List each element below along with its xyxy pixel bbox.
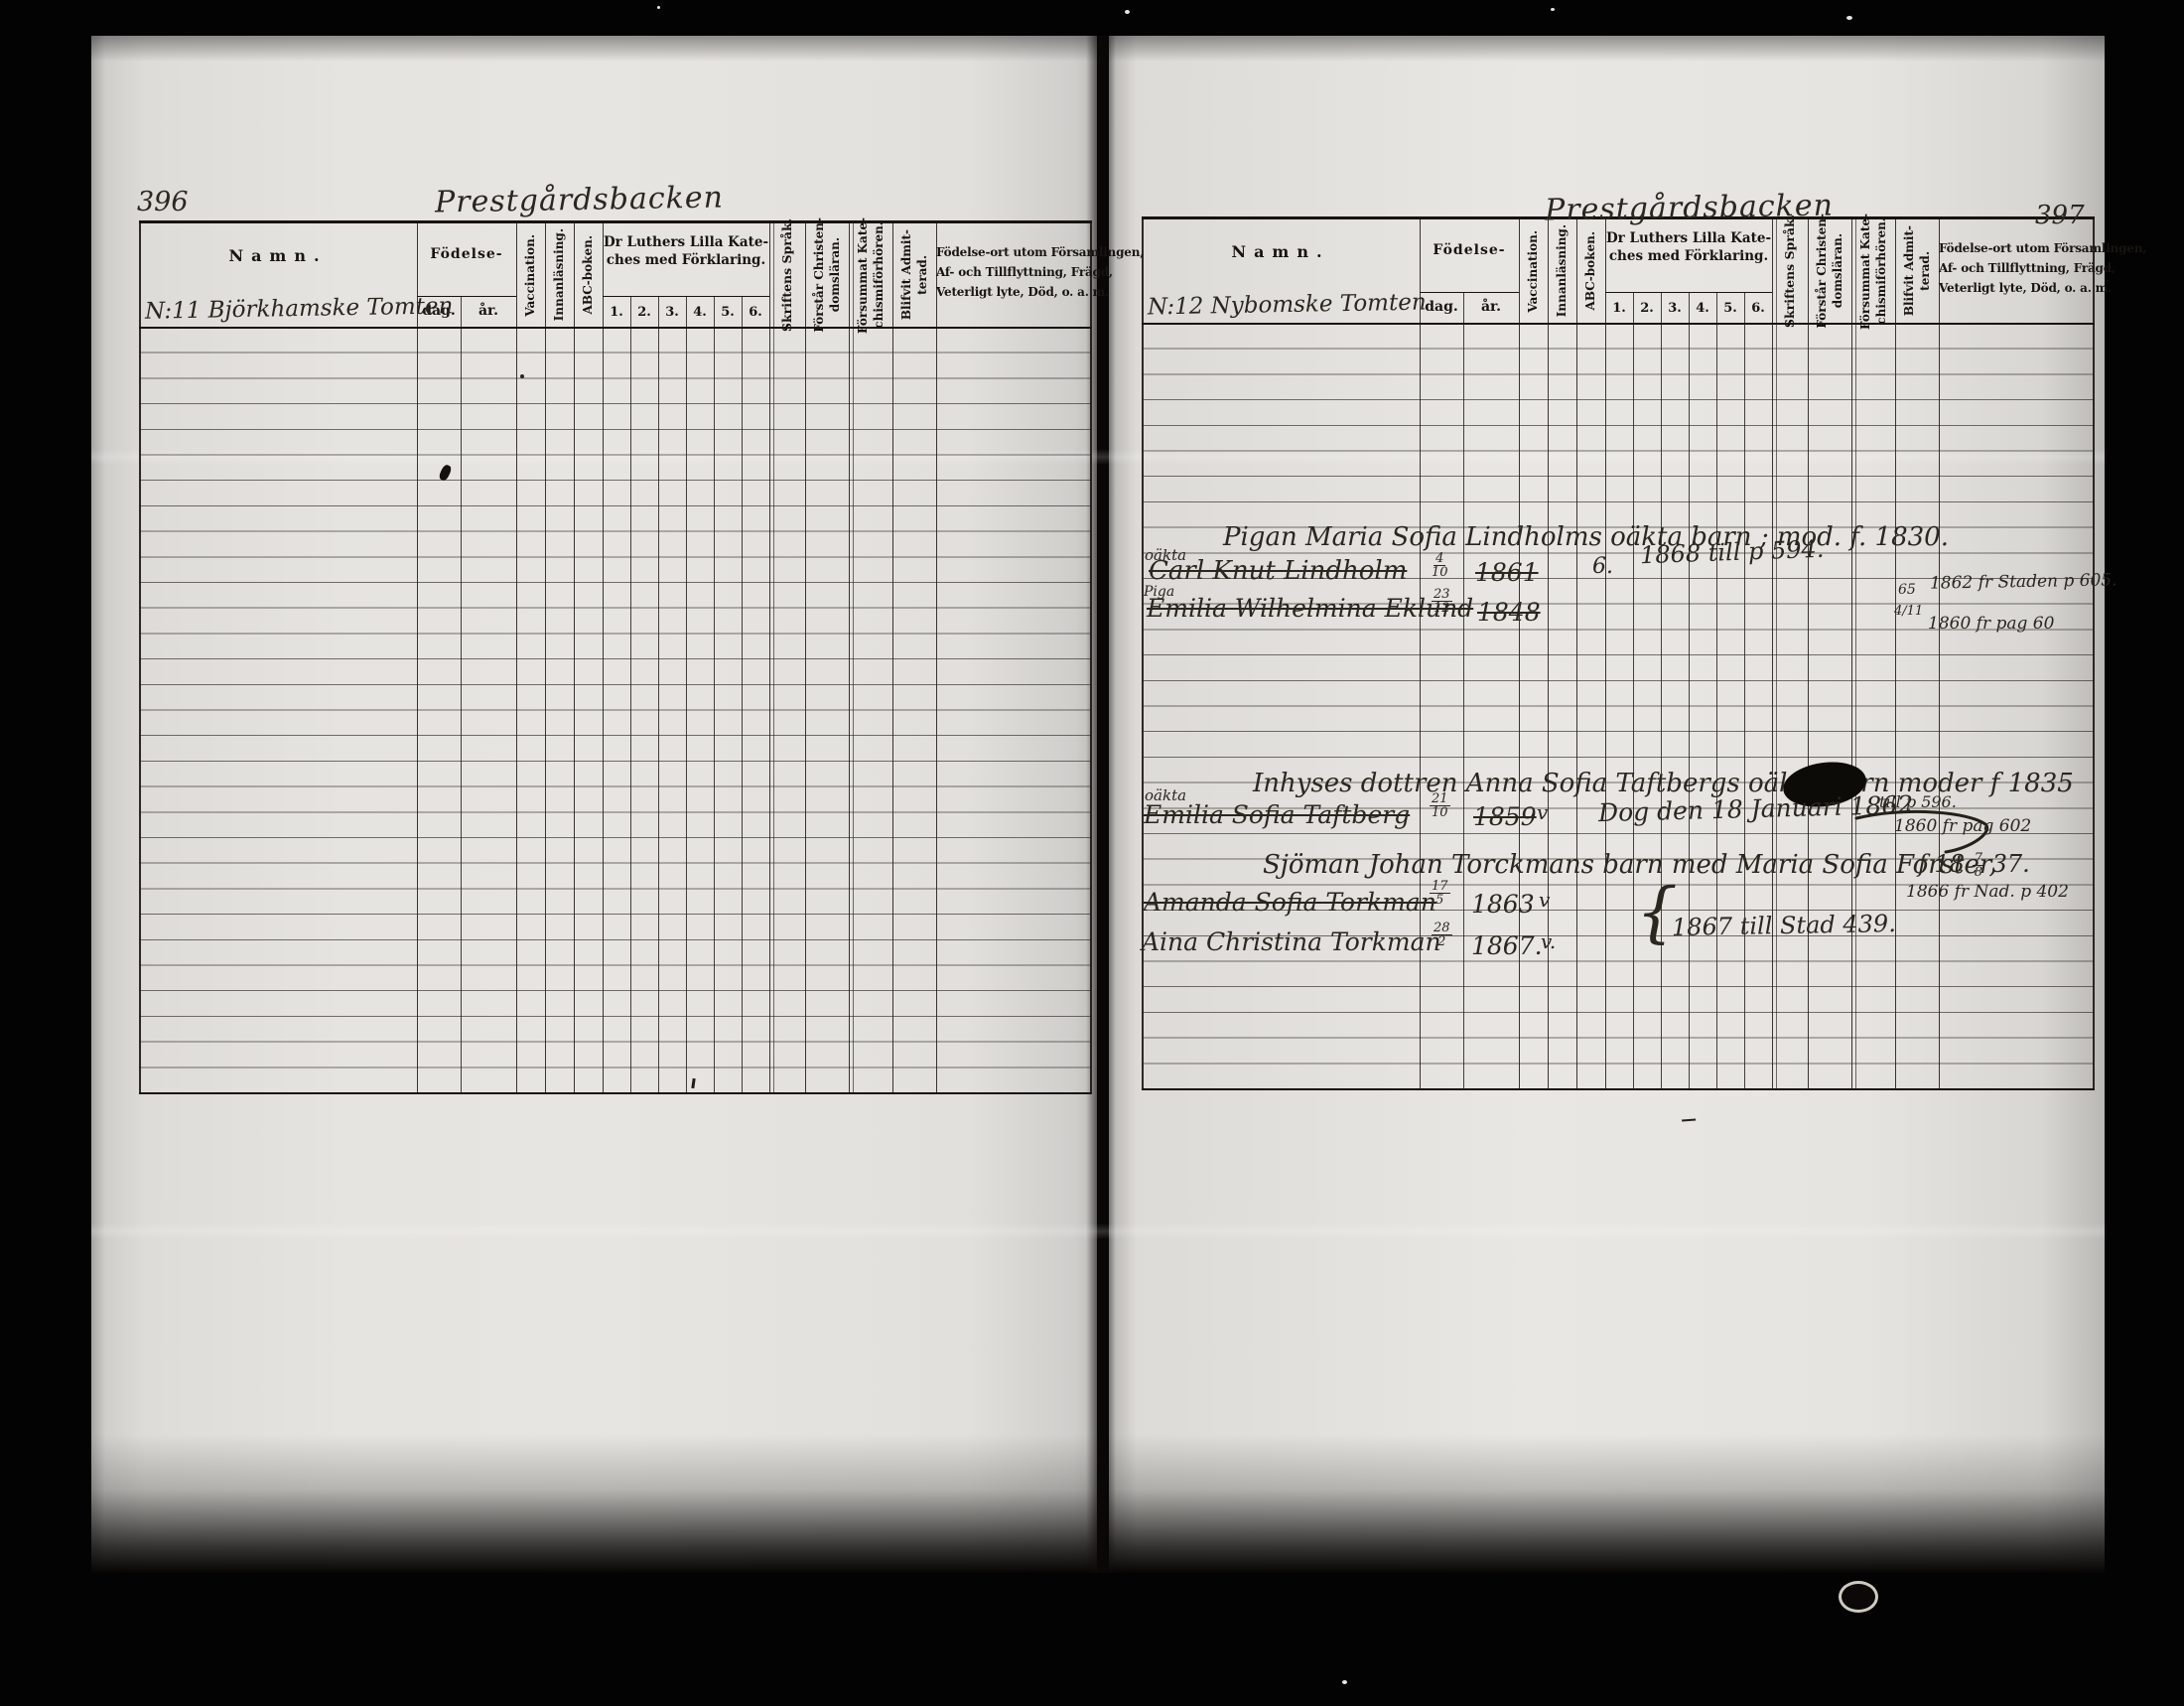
scan-speck xyxy=(657,6,660,9)
entry1-right-note: 1862 fr Staden p 605. xyxy=(1930,570,2117,593)
entry2-birth-year: 1859 xyxy=(1473,802,1537,831)
entry3-birth-day-2: 28 2 xyxy=(1432,922,1452,948)
day-numerator: 17 xyxy=(1430,880,1450,894)
header-bottom-rule xyxy=(139,327,1092,329)
forsummat-line2: chismiförhören. xyxy=(871,221,887,329)
col-header-forstar: Förstår Christen-domsläran. xyxy=(1808,221,1851,321)
day-denominator: 2 xyxy=(1437,935,1445,948)
katekes-col-1: 1. xyxy=(603,305,630,320)
fodelseort-line3: Veterligt lyte, Död, o. a. m. xyxy=(1939,281,2112,295)
entry3-name-2: Aina Christina Torkman xyxy=(1142,927,1441,956)
entry3-vaccination-mark: v xyxy=(1539,888,1550,912)
entry1-birth-year-2: 1848 xyxy=(1477,598,1541,627)
entry2-name: Emilia Sofia Taftberg xyxy=(1144,800,1410,829)
day-numerator: 23 xyxy=(1432,588,1452,602)
col-header-namn: Namn. xyxy=(1142,242,1420,261)
entry1-right-note-2: 1860 fr pag 60 xyxy=(1928,614,2054,634)
row-lines xyxy=(1142,324,2095,1089)
day-numerator: 21 xyxy=(1430,792,1450,806)
katekes-col-4: 4. xyxy=(1689,301,1716,316)
birth-denominator: 8 xyxy=(1975,866,1982,879)
entry1-birth-year: 1861 xyxy=(1475,558,1539,587)
day-numerator: 28 xyxy=(1432,922,1452,935)
katekes-col-4: 4. xyxy=(686,305,714,320)
innanlasning-label: Innanläsning. xyxy=(551,228,567,321)
abc-label: ABC-boken. xyxy=(1582,231,1598,310)
vaccination-label: Vaccination. xyxy=(522,234,538,317)
col-header-fodelse: Födelse- xyxy=(1420,242,1519,258)
katekes-line1: Dr Luthers Lilla Kate- xyxy=(1606,230,1771,246)
table-bottom-rule xyxy=(1142,1088,2095,1090)
scan-speck xyxy=(1551,8,1555,11)
col-header-abc-boken: ABC-boken. xyxy=(1576,221,1605,321)
col-header-abc-boken: ABC-boken. xyxy=(574,225,603,325)
katekes-split-rule xyxy=(603,296,769,297)
skriftens-label: Skriftens Språk. xyxy=(1782,214,1799,328)
blifvit-line2: terad. xyxy=(1917,251,1933,291)
blifvit-line2: terad. xyxy=(914,255,930,295)
page-number-right: 397 xyxy=(2035,201,2085,230)
entry3-vaccination-mark-2: v. xyxy=(1541,929,1556,953)
day-denominator: 10 xyxy=(1432,566,1448,579)
entry2-right-note: 1860 fr pag 602 xyxy=(1894,816,2031,836)
vaccination-label: Vaccination. xyxy=(1525,230,1541,313)
page-number-left: 396 xyxy=(137,187,189,217)
col-header-ar: år. xyxy=(461,303,516,319)
col-header-innanlasning: Innanläsning. xyxy=(545,225,574,325)
scan-artifact-ring xyxy=(1839,1581,1878,1613)
forstar-line1: Förstår Christen- xyxy=(1814,213,1830,329)
col-header-skriftens-sprak: Skriftens Språk. xyxy=(769,225,805,325)
katekes-line2: ches med Förklaring. xyxy=(1609,248,1768,264)
katekes-split-rule xyxy=(1605,292,1772,293)
right-page-table: Namn. Födelse- dag. år. Vaccination. Inn… xyxy=(1142,218,2095,1090)
col-header-blifvit: Blifvit Admit-terad. xyxy=(892,225,936,325)
entry3-brace-note: 1867 till Stad 439. xyxy=(1672,910,1896,941)
scan-speck xyxy=(1125,10,1130,14)
katekes-col-2: 2. xyxy=(630,305,658,320)
col-header-katekes: Dr Luthers Lilla Kate- ches med Förklari… xyxy=(603,234,769,269)
col-header-forsummat: Försummat Kate-chismiförhören. xyxy=(1851,221,1895,321)
fodelseort-line2: Af- och Tillflyttning, Frägd, xyxy=(936,265,1113,279)
ink-scribble xyxy=(1682,1116,1696,1122)
col-header-innanlasning: Innanläsning. xyxy=(1548,221,1576,321)
birth-suffix: 37. xyxy=(1992,850,2030,878)
entry1-admit-mark: 65 xyxy=(1898,582,1916,598)
birth-numerator: 7 xyxy=(1973,852,1984,866)
forsummat-line1: Försummat Kate- xyxy=(855,217,871,334)
entry1-name-2: Emilia Wilhelmina Eklund xyxy=(1147,594,1473,623)
katekes-col-3: 3. xyxy=(658,305,686,320)
katekes-line2: ches med Förklaring. xyxy=(607,252,765,268)
table-top-rule xyxy=(139,220,1092,223)
page-title-right: Prestgårdsbacken xyxy=(1545,188,1834,227)
abc-label: ABC-boken. xyxy=(580,235,596,314)
entry3-birth-day: 17 5 xyxy=(1430,880,1450,907)
fodelseort-line2: Af- och Tillflyttning, Frägd, xyxy=(1939,261,2116,275)
page-title-left: Prestgårdsbacken xyxy=(435,180,724,219)
left-page-table: Namn. Födelse- dag. år. Vaccination. Inn… xyxy=(139,222,1092,1094)
forstar-line2: domsläran. xyxy=(1830,233,1845,308)
day-denominator: 5 xyxy=(1435,894,1443,907)
forstar-line1: Förstår Christen- xyxy=(811,217,827,333)
family-heading-left: N:11 Björkhamske Tomten xyxy=(145,293,454,324)
col-header-ar: år. xyxy=(1463,299,1519,315)
innanlasning-label: Innanläsning. xyxy=(1554,224,1570,317)
forstar-line2: domsläran. xyxy=(827,237,843,312)
katekes-col-1: 1. xyxy=(1605,301,1633,316)
table-bottom-rule xyxy=(139,1092,1092,1094)
fodelseort-line3: Veterligt lyte, Död, o. a. m. xyxy=(936,285,1109,299)
birth-fraction: 78 xyxy=(1973,852,1984,879)
entry1-name: Carl Knut Lindholm xyxy=(1149,556,1407,586)
scanned-parish-register: 396 Prestgårdsbacken Prestgårdsbacken 39… xyxy=(0,0,2184,1706)
entry2-vaccination-mark: v xyxy=(1537,800,1548,824)
day-denominator: 12 xyxy=(1433,602,1450,615)
col-header-vaccination: Vaccination. xyxy=(516,225,545,325)
katekes-col-6: 6. xyxy=(1744,301,1772,316)
day-numerator: 4 xyxy=(1433,552,1445,566)
scan-speck xyxy=(1846,16,1852,20)
fodelseort-line1: Födelse-ort utom Församlingen, xyxy=(1939,241,2146,255)
entry3-birth-year: 1863 xyxy=(1471,890,1535,919)
ink-dot xyxy=(520,374,524,378)
forsummat-line1: Försummat Kate- xyxy=(1857,213,1873,330)
entry1-birth-day-2: 23 12 xyxy=(1432,588,1452,615)
entry1-admit-date: 4/11 xyxy=(1894,604,1923,619)
katekes-col-3: 3. xyxy=(1661,301,1689,316)
col-header-forsummat: Försummat Kate-chismiförhören. xyxy=(849,225,892,325)
col-header-fodelse: Födelse- xyxy=(417,246,516,262)
entry3-mother-birth: f 18 78 37. xyxy=(1918,850,2030,879)
katekes-col-5: 5. xyxy=(1716,301,1744,316)
family-heading-right: N:12 Nybomske Tomten xyxy=(1148,290,1427,321)
katekes-col-2: 2. xyxy=(1633,301,1661,316)
entry3-right-note: 1866 fr Nad. p 402 xyxy=(1906,882,2069,902)
blifvit-line1: Blifvit Admit- xyxy=(1901,225,1917,316)
scan-speck xyxy=(1342,1680,1347,1684)
entry1-birth-day: 4 10 xyxy=(1432,552,1448,579)
col-header-blifvit: Blifvit Admit-terad. xyxy=(1895,221,1939,321)
row-lines xyxy=(139,328,1092,1093)
katekes-line1: Dr Luthers Lilla Kate- xyxy=(604,234,768,250)
entry1-header: Pigan Maria Sofia Lindholms oäkta barn ;… xyxy=(1223,522,1949,552)
katekes-col-5: 5. xyxy=(714,305,742,320)
entry2-birth-day: 21 10 xyxy=(1430,792,1450,819)
entry3-name: Amanda Sofia Torkman xyxy=(1144,888,1436,917)
entry3-header: Sjöman Johan Torckmans barn med Maria So… xyxy=(1263,850,1997,880)
col-header-fodelseort: Födelse-ort utom Församlingen, Af- och T… xyxy=(1939,239,2095,298)
header-bottom-rule xyxy=(1142,323,2095,325)
entry1-abc-mark: 6. xyxy=(1592,554,1613,579)
fodelse-split-rule xyxy=(1420,292,1519,293)
col-header-skriftens-sprak: Skriftens Språk. xyxy=(1772,221,1808,321)
skriftens-label: Skriftens Språk. xyxy=(779,218,796,332)
entry3-birth-year-2: 1867. xyxy=(1471,931,1543,960)
col-header-namn: Namn. xyxy=(139,246,417,265)
birth-prefix: f 18 xyxy=(1918,850,1965,878)
katekes-col-6: 6. xyxy=(742,305,769,320)
blifvit-line1: Blifvit Admit- xyxy=(898,229,914,320)
col-header-fodelseort: Födelse-ort utom Församlingen, Af- och T… xyxy=(936,243,1092,302)
forsummat-line2: chismiförhören. xyxy=(1873,217,1889,325)
fodelseort-line1: Födelse-ort utom Församlingen, xyxy=(936,245,1144,259)
col-header-katekes: Dr Luthers Lilla Kate- ches med Förklari… xyxy=(1605,230,1772,265)
scan-streak xyxy=(91,1223,2105,1239)
day-denominator: 10 xyxy=(1432,806,1448,819)
col-header-forstar: Förstår Christen-domsläran. xyxy=(805,225,849,325)
col-header-vaccination: Vaccination. xyxy=(1519,221,1548,321)
